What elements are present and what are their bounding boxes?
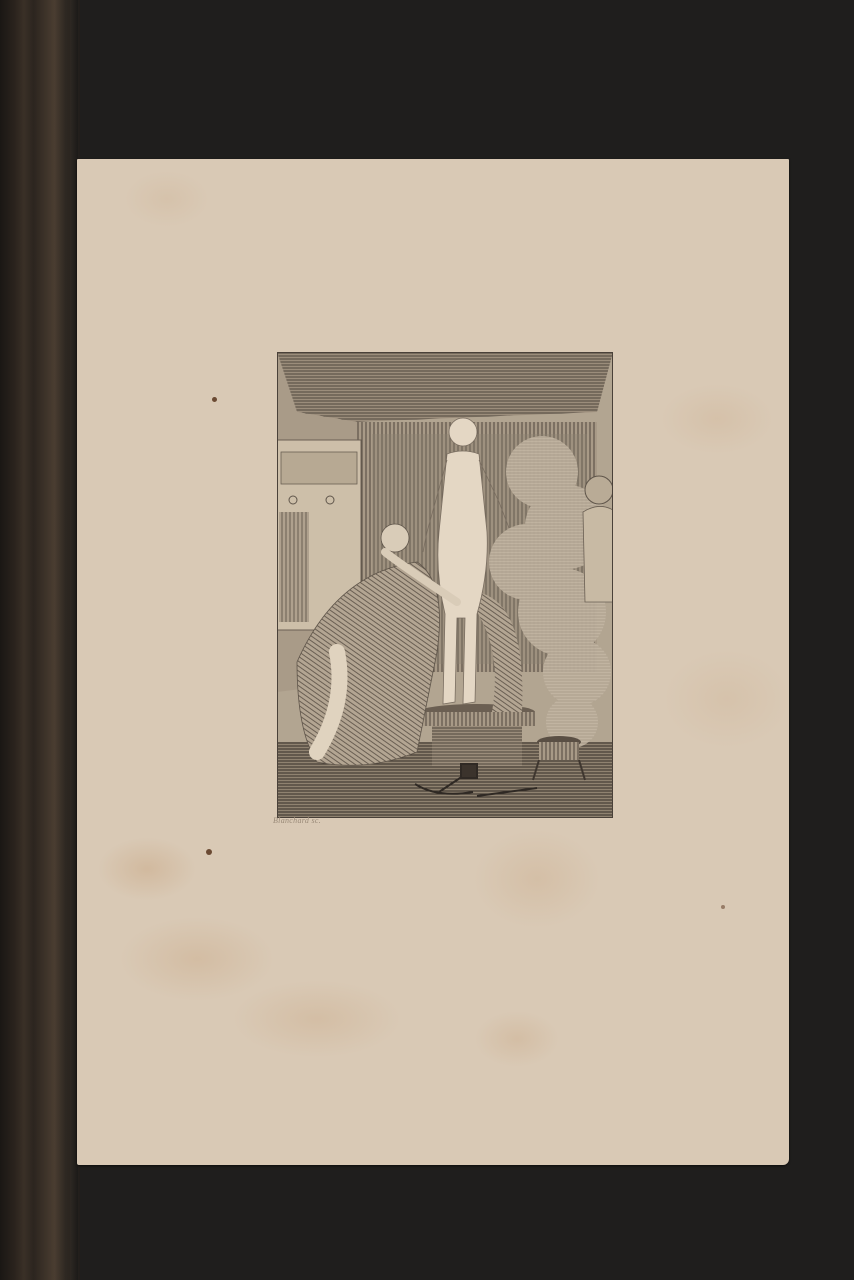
engraver-signature: Blanchard sc. <box>273 816 321 825</box>
foxing-spot <box>212 397 217 402</box>
book-binding-strip <box>0 0 80 1280</box>
engraving-illustration <box>277 352 613 818</box>
foxing-spot <box>206 849 212 855</box>
foxing-spot <box>721 905 725 909</box>
print-paper-sheet: Blanchard sc. <box>77 159 789 1165</box>
engraving-image <box>277 352 613 818</box>
